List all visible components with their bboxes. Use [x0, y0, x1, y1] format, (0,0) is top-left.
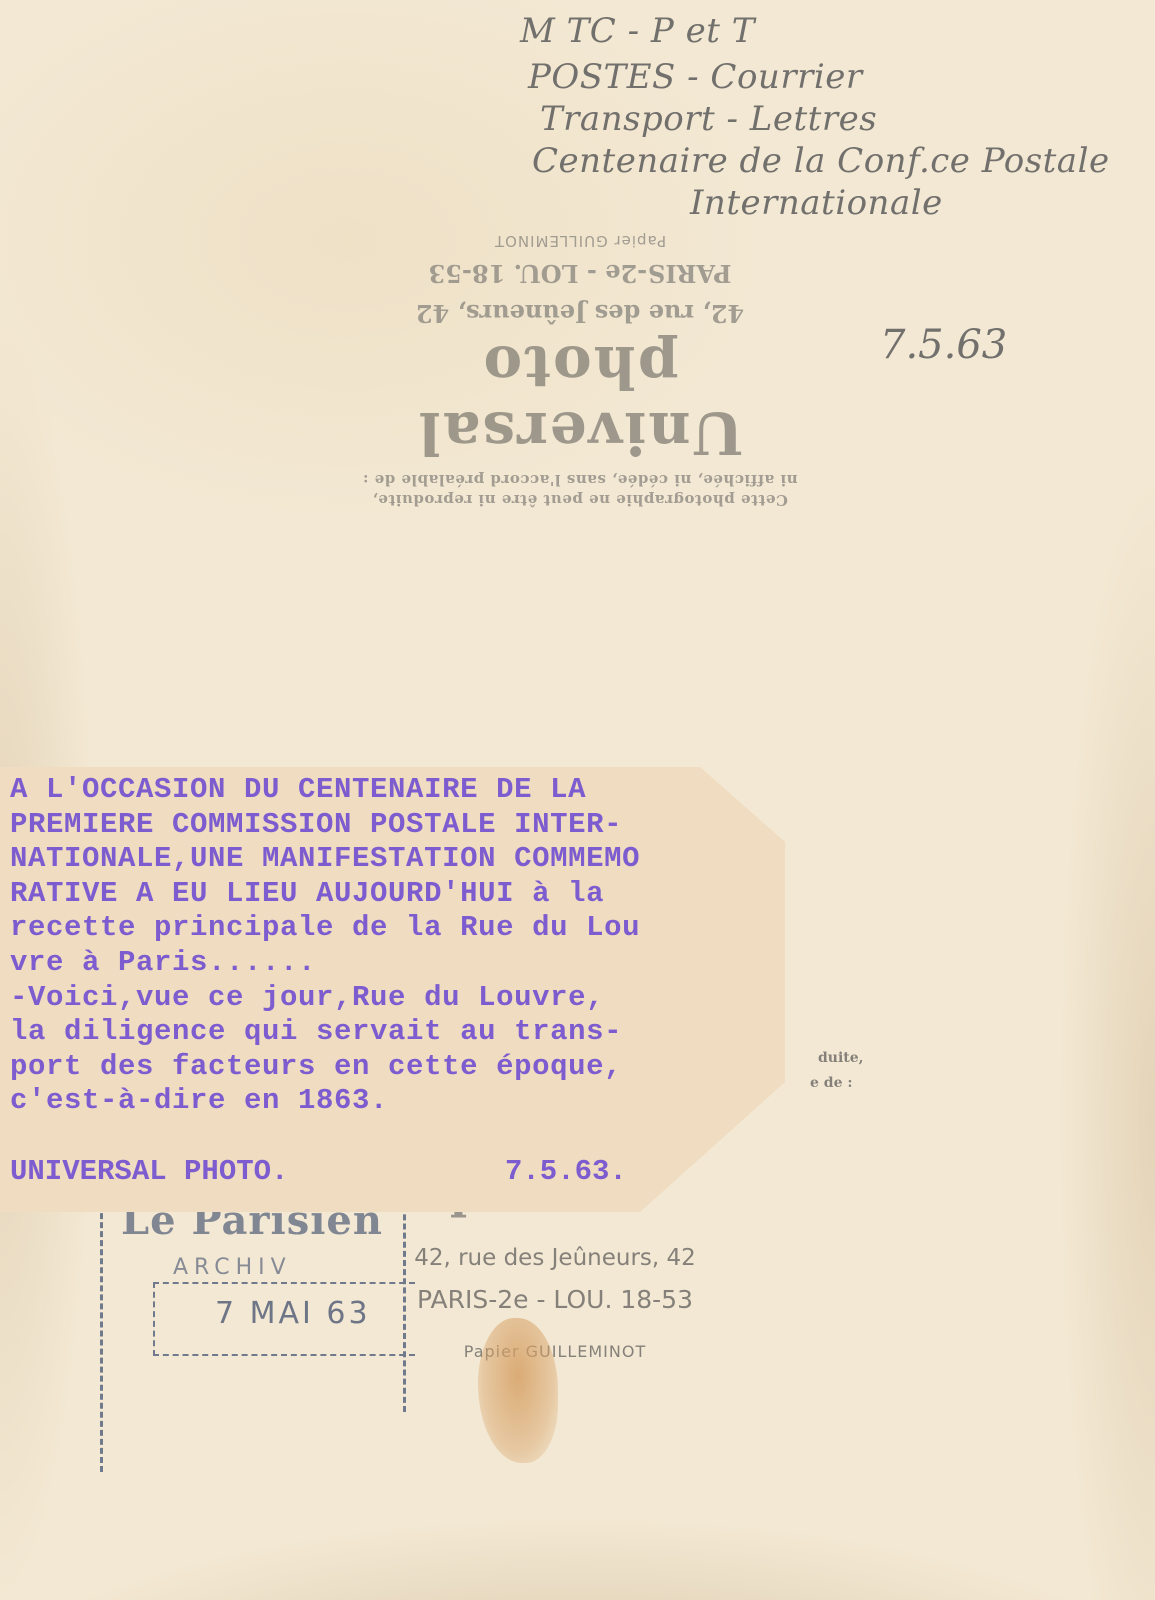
caption-line: NATIONALE,UNE MANIFESTATION COMMEMO	[10, 842, 640, 875]
agency-brand: photo	[300, 338, 860, 396]
archive-stamp-label: ARCHIV	[173, 1255, 292, 1280]
typewritten-caption-clipping: A L'OCCASION DU CENTENAIRE DE LA PREMIER…	[0, 767, 785, 1212]
universal-photo-stamp-inverted: Cette photographie ne peut être ni repro…	[300, 232, 860, 510]
le-parisien-archive-stamp: Le Parisien ARCHIV 7 MAI 63	[100, 1195, 483, 1472]
paper-brand: Papier GUILLEMINOT	[300, 232, 860, 250]
caption-line: A L'OCCASION DU CENTENAIRE DE LA	[10, 773, 586, 806]
caption-agency: UNIVERSAL PHOTO.	[10, 1155, 288, 1188]
caption-date: 7.5.63.	[505, 1155, 627, 1188]
caption-line: port des facteurs en cette époque,	[10, 1050, 622, 1083]
handwritten-line: POSTES - Courrier	[528, 56, 1110, 98]
copyright-notice-fragment: duite,	[818, 1050, 864, 1066]
archive-date-box: 7 MAI 63	[153, 1282, 415, 1356]
handwritten-date: 7.5.63	[880, 322, 1007, 368]
handwritten-line: Centenaire de la Conf.ce Postale	[532, 140, 1110, 182]
caption-line: recette principale de la Rue du Lou	[10, 911, 640, 944]
handwritten-line: M TC - P et T	[520, 10, 1110, 52]
handwritten-line: Internationale	[690, 182, 1110, 224]
caption-line: RATIVE A EU LIEU AUJOURD'HUI à la	[10, 877, 604, 910]
handwritten-notes: M TC - P et T POSTES - Courrier Transpor…	[510, 10, 1110, 224]
caption-line: vre à Paris......	[10, 946, 316, 979]
archive-date: 7 MAI 63	[215, 1296, 371, 1331]
caption-line: -Voici,vue ce jour,Rue du Louvre,	[10, 981, 604, 1014]
copyright-notice-fragment: e de :	[810, 1075, 853, 1091]
caption-line: c'est-à-dire en 1863.	[10, 1084, 388, 1117]
caption-line: la diligence qui servait au trans-	[10, 1015, 622, 1048]
agency-address: 42, rue des Jeûneurs, 42	[300, 298, 860, 328]
handwritten-line: Transport - Lettres	[540, 98, 1110, 140]
copyright-notice-line: Cette photographie ne peut être ni repro…	[300, 490, 860, 510]
agency-address: PARIS-2e - LOU. 18-53	[300, 258, 860, 288]
agency-brand: Universal	[300, 404, 860, 462]
caption-line: PREMIERE COMMISSION POSTALE INTER-	[10, 808, 622, 841]
caption-body: A L'OCCASION DU CENTENAIRE DE LA PREMIER…	[10, 773, 640, 1119]
copyright-notice-line: ni affichée, ni cédée, sans l'accord pré…	[300, 470, 860, 490]
